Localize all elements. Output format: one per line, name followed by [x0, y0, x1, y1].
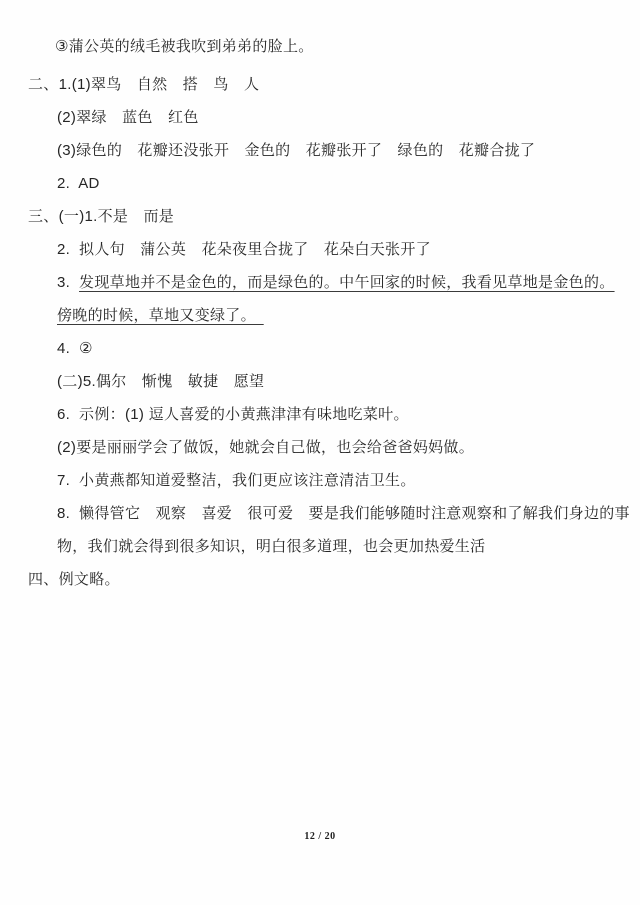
q3-number-prefix: 3. [57, 274, 79, 291]
answer-line-section3-q8-line2: 物，我们就会得到很多知识，明白很多道理，也会更加热爱生活 [57, 530, 640, 563]
answer-line-section3-q6-1: 6. 示例：(1) 逗人喜爱的小黄燕津津有味地吃菜叶。 [57, 398, 640, 431]
answer-line-section2-q1-1: 二、1.(1)翠鸟 自然 搭 鸟 人 [28, 68, 640, 101]
answer-line-section3-q4: 4. ② [57, 332, 640, 365]
answer-line-section2-q1-3: (3)绿色的 花瓣还没张开 金色的 花瓣张开了 绿色的 花瓣合拢了 [57, 134, 640, 167]
answer-line-section4: 四、例文略。 [28, 563, 640, 596]
q3-underlined-answer-part2: 傍晚的时候，草地又变绿了。 [57, 307, 264, 324]
answer-line-section3-q2: 2. 拟人句 蒲公英 花朵夜里合拢了 花朵白天张开了 [57, 233, 640, 266]
answer-line-section3-q6-2: (2)要是丽丽学会了做饭，她就会自己做，也会给爸爸妈妈做。 [57, 431, 640, 464]
answer-line-section3-q8-line1: 8. 懒得管它 观察 喜爱 很可爱 要是我们能够随时注意观察和了解我们身边的事 [57, 497, 640, 530]
answer-line-section2-q2: 2. AD [57, 167, 640, 200]
answer-line-section3-q3-line1: 3. 发现草地并不是金色的，而是绿色的。中午回家的时候，我看见草地是金色的。 [57, 266, 640, 299]
q3-underlined-answer-part1: 发现草地并不是金色的，而是绿色的。中午回家的时候，我看见草地是金色的。 [79, 274, 615, 291]
answer-line-section3-q7: 7. 小黄燕都知道爱整洁，我们更应该注意清洁卫生。 [57, 464, 640, 497]
answer-line-section3-part2-q5: (二)5.偶尔 惭愧 敏捷 愿望 [57, 365, 640, 398]
page-number: 12 / 20 [0, 831, 640, 842]
answer-line-section3-part1-q1: 三、(一)1.不是 而是 [28, 200, 640, 233]
answer-line-section3-q3-line2: 傍晚的时候，草地又变绿了。 [57, 299, 640, 332]
document-page: ③蒲公英的绒毛被我吹到弟弟的脸上。 二、1.(1)翠鸟 自然 搭 鸟 人 (2)… [0, 0, 640, 905]
answer-key-content: ③蒲公英的绒毛被我吹到弟弟的脸上。 二、1.(1)翠鸟 自然 搭 鸟 人 (2)… [0, 30, 640, 596]
answer-line-section2-q1-2: (2)翠绿 蓝色 红色 [57, 101, 640, 134]
answer-line-carryover-item3: ③蒲公英的绒毛被我吹到弟弟的脸上。 [55, 30, 640, 63]
